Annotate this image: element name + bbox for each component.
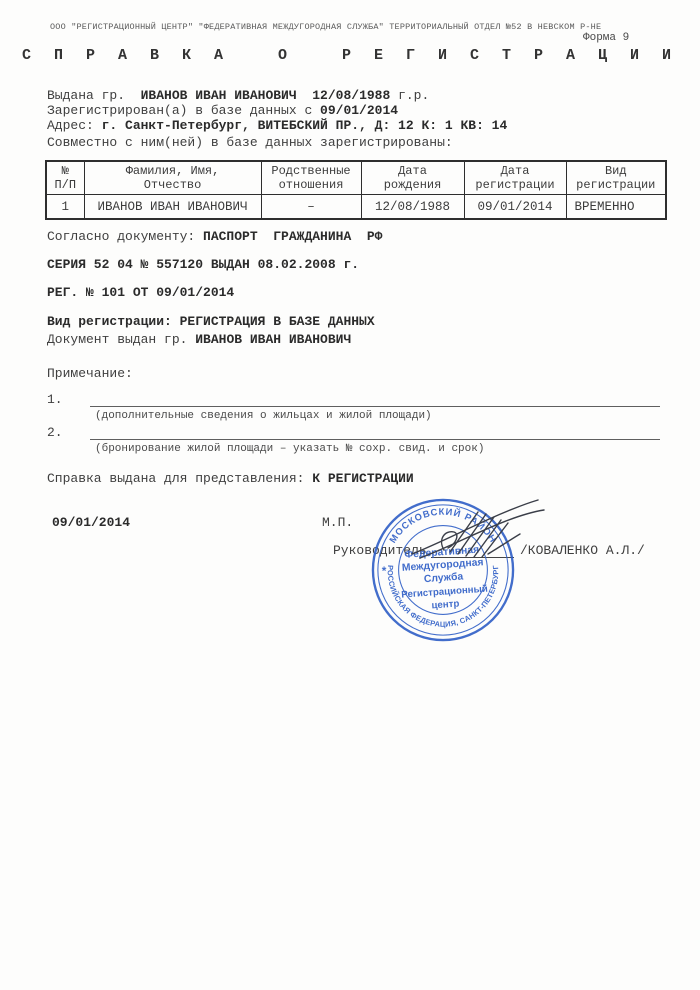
series-line: СЕРИЯ 52 04 № 557120 ВЫДАН 08.02.2008 г.: [47, 257, 359, 272]
issued-line: Выдана гр. ИВАНОВ ИВАН ИВАНОВИЧ 12/08/19…: [47, 88, 429, 103]
registered-line: Зарегистрирован(а) в базе данных с 09/01…: [47, 103, 398, 118]
stamp-center-line5: центр: [431, 598, 460, 611]
according-line: Согласно документу: ПАСПОРТ ГРАЖДАНИНА Р…: [47, 229, 382, 244]
cell-regtype: ВРЕМЕННО: [566, 195, 666, 220]
doc-issued-name: ИВАНОВ ИВАН ИВАНОВИЧ: [195, 332, 351, 347]
according-value: ПАСПОРТ ГРАЖДАНИНА РФ: [203, 229, 382, 244]
cell-relation: –: [261, 195, 361, 220]
table-header-row: № П/П Фамилия, Имя, Отчество Родственные…: [46, 161, 666, 195]
note2-blank-line: [90, 439, 660, 440]
col-header-regtype: Вид регистрации: [566, 161, 666, 195]
address-prefix: Адрес:: [47, 118, 102, 133]
regtype-value: РЕГИСТРАЦИЯ В БАЗЕ ДАННЫХ: [180, 314, 375, 329]
note1-blank-line: [90, 406, 660, 407]
note1-caption: (дополнительные сведения о жильцах и жил…: [95, 410, 432, 422]
regtype-prefix: Вид регистрации:: [47, 314, 180, 329]
certificate-page: ООО "РЕГИСТРАЦИОННЫЙ ЦЕНТР" "ФЕДЕРАТИВНА…: [0, 0, 700, 990]
doc-issued-prefix: Документ выдан гр.: [47, 332, 195, 347]
issued-prefix: Выдана гр.: [47, 88, 141, 103]
together-line: Совместно с ним(ней) в базе данных зарег…: [47, 135, 453, 150]
notes-label: Примечание:: [47, 366, 133, 381]
doc-issued-line: Документ выдан гр. ИВАНОВ ИВАН ИВАНОВИЧ: [47, 332, 351, 347]
issued-suffix: г.р.: [390, 88, 429, 103]
note2-number: 2.: [47, 425, 63, 440]
cell-regdate: 09/01/2014: [464, 195, 566, 220]
reg-number-line: РЕГ. № 101 ОТ 09/01/2014: [47, 285, 234, 300]
col-header-birthdate: Дата рождения: [361, 161, 464, 195]
stamp-center-line3: Служба: [424, 570, 464, 585]
registered-date: 09/01/2014: [320, 103, 398, 118]
col-header-num: № П/П: [46, 161, 84, 195]
address-value: г. Санкт-Петербург, ВИТЕБСКИЙ ПР., Д: 12…: [102, 118, 508, 133]
address-line: Адрес: г. Санкт-Петербург, ВИТЕБСКИЙ ПР.…: [47, 118, 507, 133]
purpose-prefix: Справка выдана для представления:: [47, 471, 312, 486]
cell-birthdate: 12/08/1988: [361, 195, 464, 220]
cell-num: 1: [46, 195, 84, 220]
purpose-value: К РЕГИСТРАЦИИ: [312, 471, 413, 486]
stamp-star: *: [382, 564, 387, 578]
registered-prefix: Зарегистрирован(а) в базе данных с: [47, 103, 320, 118]
stamp-center-line4: Регистрационный: [401, 584, 488, 601]
footer-date: 09/01/2014: [52, 515, 130, 530]
issued-name: ИВАНОВ ИВАН ИВАНОВИЧ: [141, 88, 297, 103]
table-row: 1 ИВАНОВ ИВАН ИВАНОВИЧ – 12/08/1988 09/0…: [46, 195, 666, 220]
col-header-name: Фамилия, Имя, Отчество: [84, 161, 261, 195]
org-line: ООО "РЕГИСТРАЦИОННЫЙ ЦЕНТР" "ФЕДЕРАТИВНА…: [50, 22, 601, 32]
page-title: С П Р А В К А О Р Е Г И С Т Р А Ц И И: [0, 47, 700, 64]
form-number: Форма 9: [583, 32, 629, 44]
col-header-relation: Родственные отношения: [261, 161, 361, 195]
registered-persons-table: № П/П Фамилия, Имя, Отчество Родственные…: [45, 160, 667, 220]
according-prefix: Согласно документу:: [47, 229, 203, 244]
cell-name: ИВАНОВ ИВАН ИВАНОВИЧ: [84, 195, 261, 220]
purpose-line: Справка выдана для представления: К РЕГИ…: [47, 471, 414, 486]
seal-place-label: М.П.: [322, 515, 353, 530]
note1-number: 1.: [47, 392, 63, 407]
issued-birthdate: 12/08/1988: [297, 88, 391, 103]
regtype-line: Вид регистрации: РЕГИСТРАЦИЯ В БАЗЕ ДАНН…: [47, 314, 375, 329]
col-header-regdate: Дата регистрации: [464, 161, 566, 195]
signature-scribble: [398, 490, 548, 568]
note2-caption: (бронирование жилой площади – указать № …: [95, 443, 484, 455]
